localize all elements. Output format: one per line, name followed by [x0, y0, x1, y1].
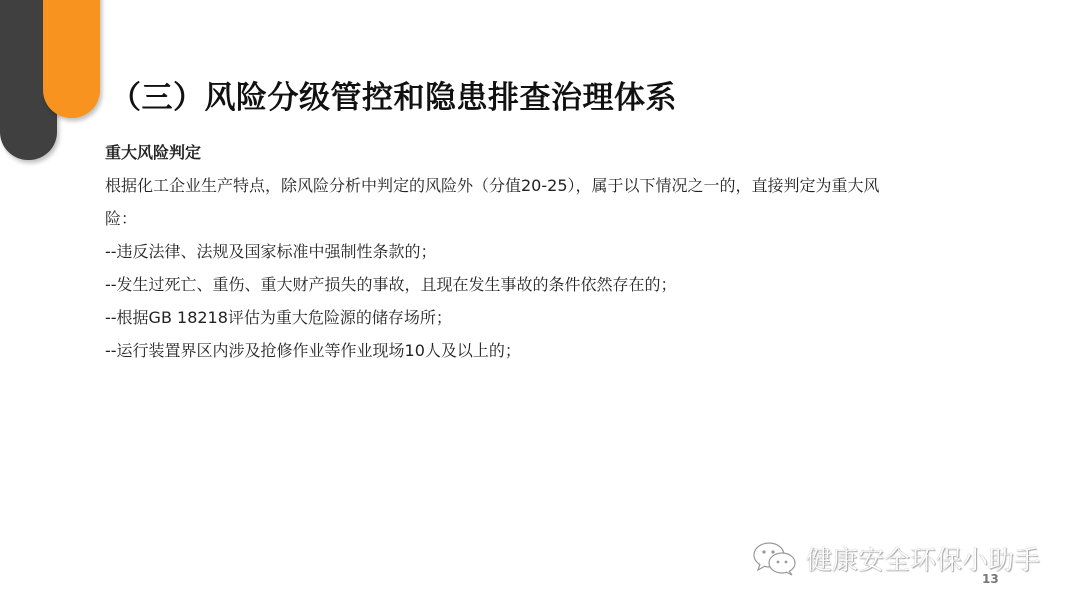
list-item: --违反法律、法规及国家标准中强制性条款的；	[105, 235, 1005, 268]
list-item: --发生过死亡、重伤、重大财产损失的事故，且现在发生事故的条件依然存在的；	[105, 268, 1005, 301]
page-number: 13	[982, 572, 999, 586]
wechat-icon	[752, 541, 798, 577]
decorative-orange-bar	[43, 0, 100, 118]
slide-title: （三）风险分级管控和隐患排查治理体系	[110, 72, 677, 117]
intro-paragraph-line-2: 险：	[105, 202, 1005, 235]
intro-paragraph-line-1: 根据化工企业生产特点，除风险分析中判定的风险外（分值20-25），属于以下情况之…	[105, 169, 1005, 202]
section-subheading: 重大风险判定	[105, 136, 1005, 169]
list-item: --根据GB 18218评估为重大危险源的储存场所；	[105, 301, 1005, 334]
list-item: --运行装置界区内涉及抢修作业等作业现场10人及以上的；	[105, 334, 1005, 367]
slide-body: 重大风险判定 根据化工企业生产特点，除风险分析中判定的风险外（分值20-25），…	[105, 136, 1005, 367]
watermark-text: 健康安全环保小助手	[806, 540, 1040, 577]
